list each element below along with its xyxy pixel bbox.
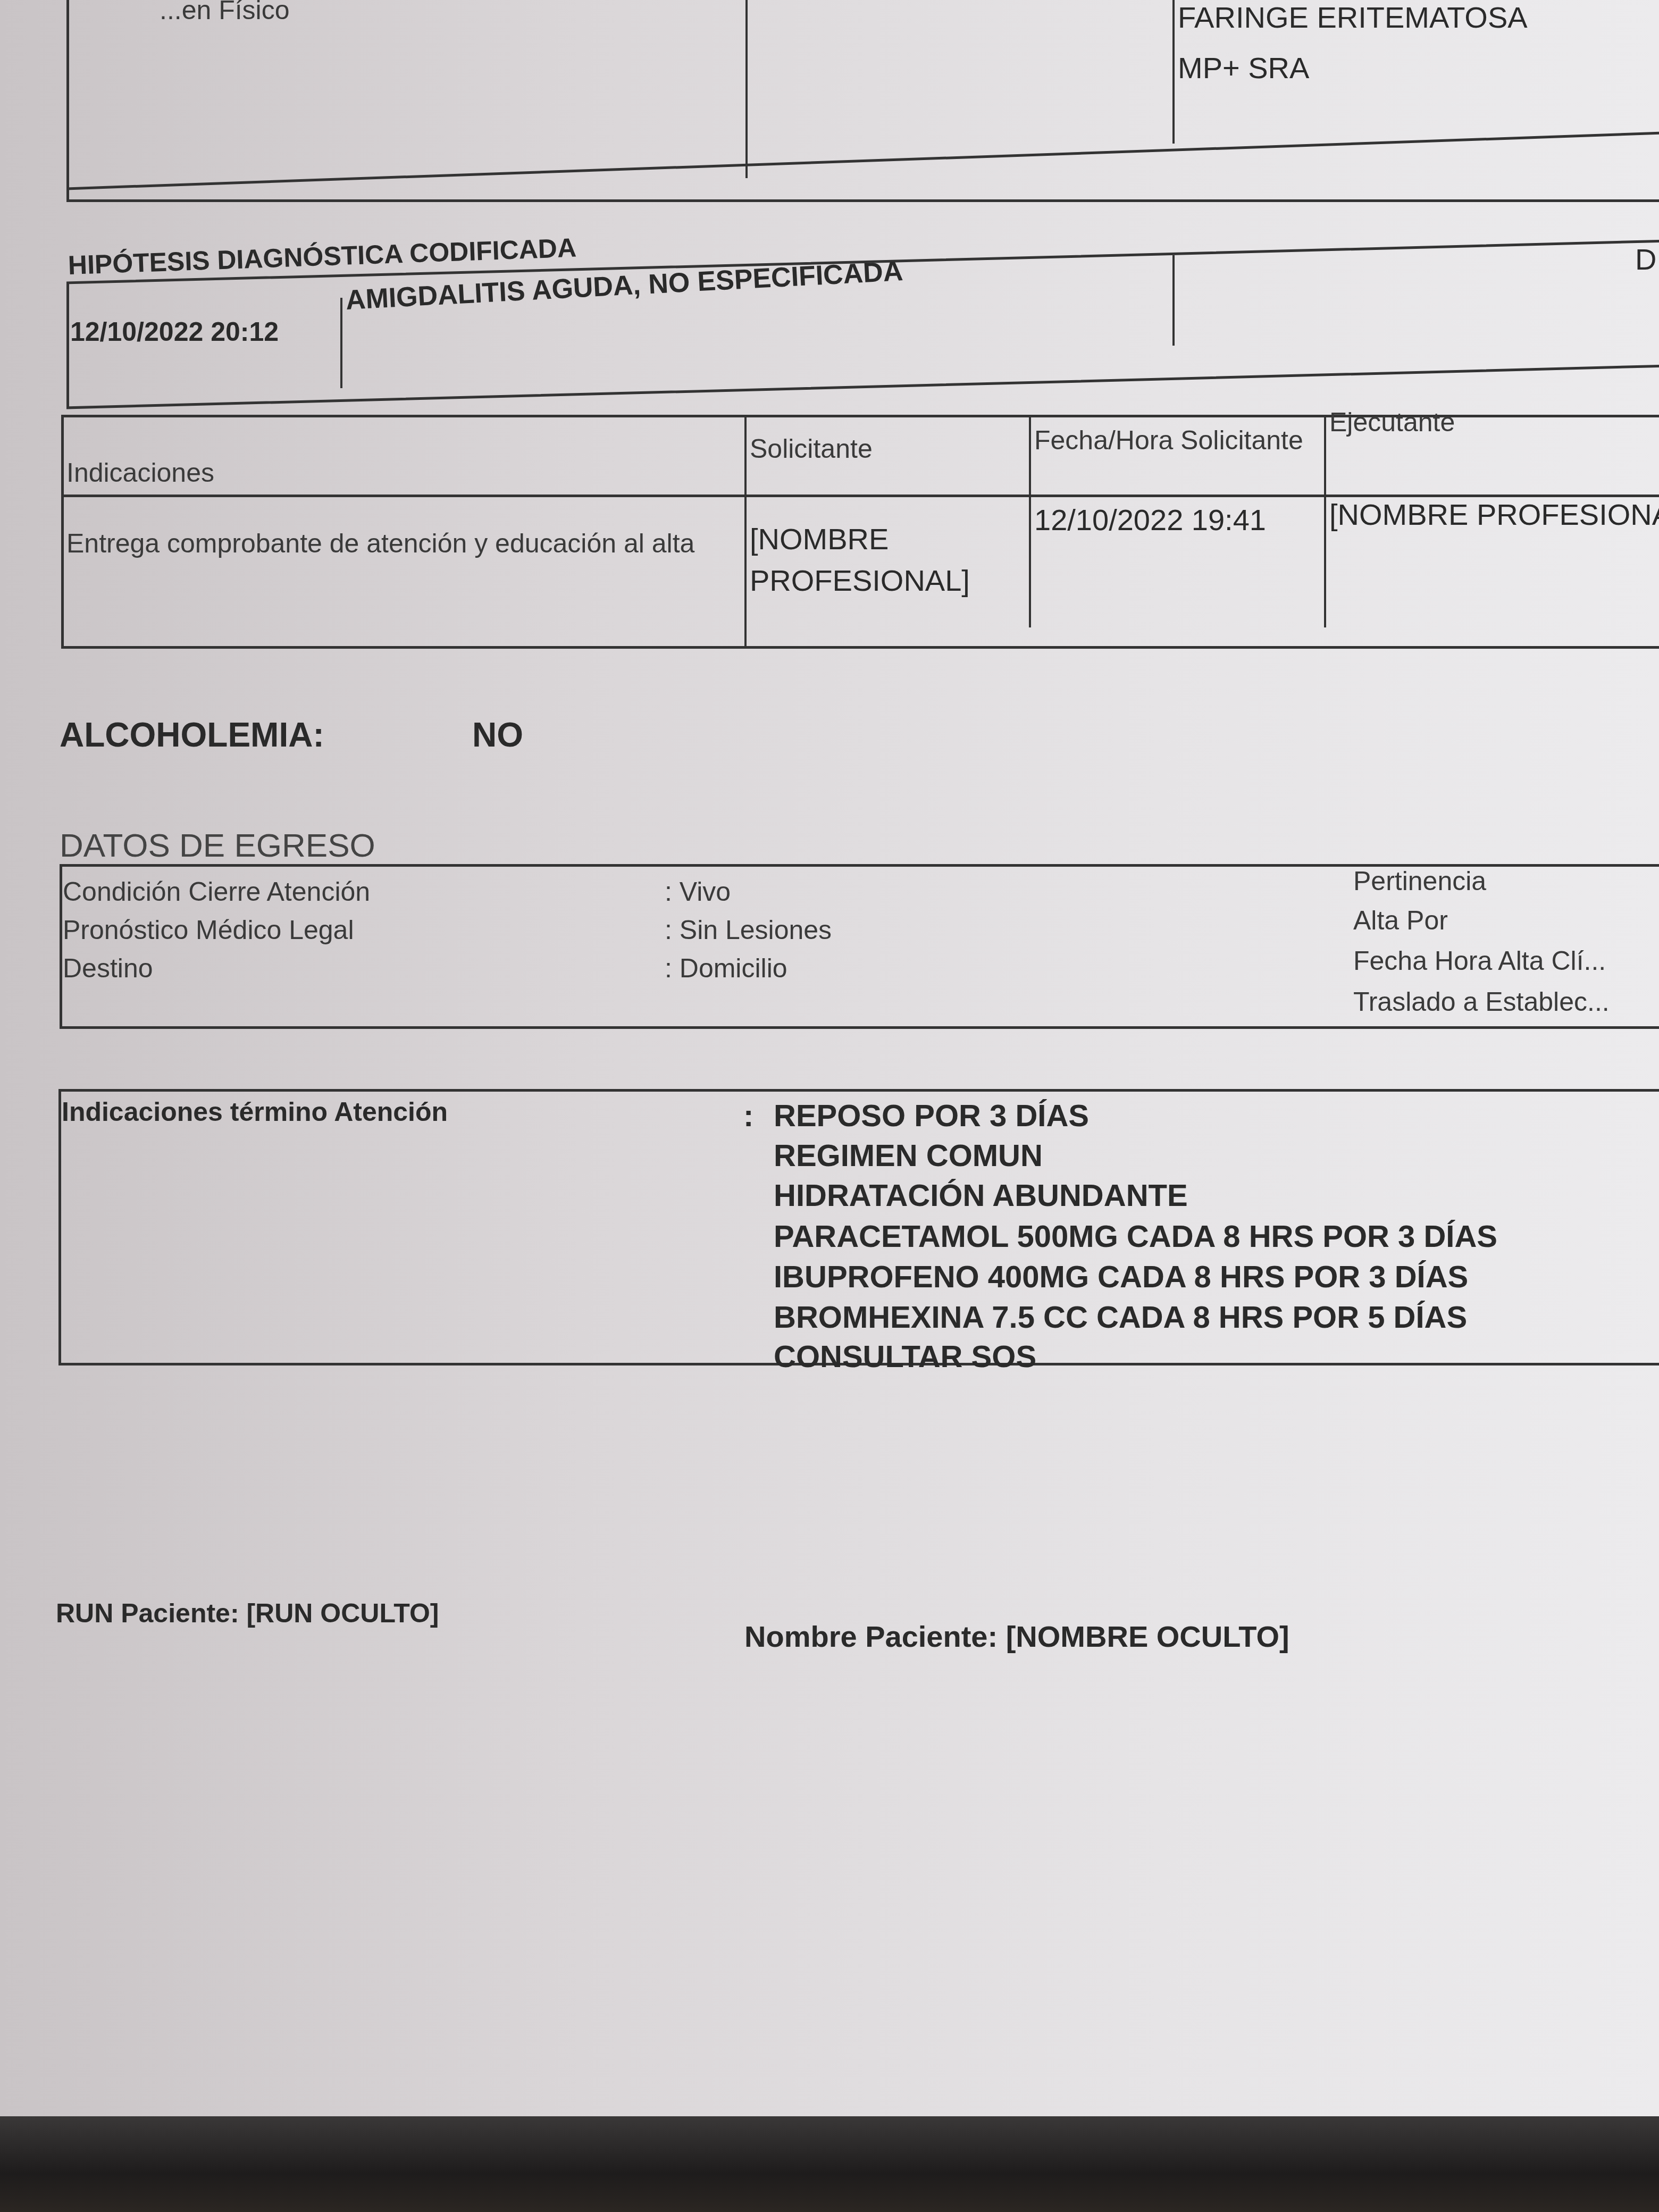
cell-indication: Entrega comprobante de atención y educac… bbox=[66, 524, 726, 564]
instruction-item: PARACETAMOL 500MG CADA 8 HRS POR 3 DÍAS bbox=[774, 1219, 1497, 1254]
exam-finding-2: MP+ SRA bbox=[1178, 51, 1309, 85]
header-executor: Ejecutante bbox=[1329, 407, 1455, 438]
instruction-item: HIDRATACIÓN ABUNDANTE bbox=[774, 1178, 1188, 1213]
run-field: RUN Paciente: [RUN OCULTO] bbox=[56, 1598, 439, 1629]
cell-datetime: 12/10/2022 19:41 bbox=[1034, 502, 1266, 537]
name-value: [NOMBRE OCULTO] bbox=[1006, 1620, 1289, 1653]
discharge-right-1: Alta Por bbox=[1353, 905, 1448, 936]
cell-requester: [NOMBRE PROFESIONAL] bbox=[750, 518, 1021, 601]
discharge-value-1: : Sin Lesiones bbox=[665, 915, 832, 945]
discharge-right-0: Pertinencia bbox=[1353, 866, 1486, 896]
header-requester: Solicitante bbox=[750, 433, 873, 464]
cell-executor: [NOMBRE PROFESIONAL] bbox=[1329, 497, 1659, 532]
instruction-item: CONSULTAR SOS bbox=[774, 1339, 1036, 1375]
discharge-label-0: Condición Cierre Atención bbox=[63, 876, 370, 907]
document-page: ...en Físico FARINGE ERITEMATOSA MP+ SRA… bbox=[0, 0, 1659, 2116]
alcoholemia-value: NO bbox=[472, 715, 523, 755]
name-field: Nombre Paciente: [NOMBRE OCULTO] bbox=[744, 1619, 1289, 1654]
exam-label: ...en Físico bbox=[160, 0, 290, 26]
discharge-value-2: : Domicilio bbox=[665, 953, 787, 984]
discharge-label-1: Pronóstico Médico Legal bbox=[63, 915, 354, 945]
run-value: [RUN OCULTO] bbox=[246, 1598, 439, 1628]
instruction-item: IBUPROFENO 400MG CADA 8 HRS POR 3 DÍAS bbox=[774, 1259, 1468, 1295]
discharge-label-2: Destino bbox=[63, 953, 153, 984]
instruction-item: REPOSO POR 3 DÍAS bbox=[774, 1098, 1089, 1134]
discharge-right-3: Traslado a Establec... bbox=[1353, 986, 1610, 1017]
instruction-item: BROMHEXINA 7.5 CC CADA 8 HRS POR 5 DÍAS bbox=[774, 1300, 1467, 1335]
background-surface bbox=[0, 2116, 1659, 2212]
diagnosis-right-col: D bbox=[1635, 242, 1656, 276]
header-indications: Indicaciones bbox=[66, 457, 214, 488]
discharge-right-2: Fecha Hora Alta Clí... bbox=[1353, 945, 1606, 976]
colon: : bbox=[743, 1098, 753, 1134]
alcoholemia-label: ALCOHOLEMIA: bbox=[60, 715, 324, 755]
discharge-title: DATOS DE EGRESO bbox=[60, 827, 375, 865]
header-datetime: Fecha/Hora Solicitante bbox=[1034, 420, 1311, 460]
discharge-value-0: : Vivo bbox=[665, 876, 731, 907]
exam-finding-1: FARINGE ERITEMATOSA bbox=[1178, 0, 1528, 35]
name-label: Nombre Paciente: bbox=[744, 1620, 998, 1653]
run-label: RUN Paciente: bbox=[56, 1598, 239, 1628]
end-instructions-label: Indicaciones término Atención bbox=[62, 1096, 448, 1127]
instruction-item: REGIMEN COMUN bbox=[774, 1138, 1043, 1174]
diagnosis-datetime: 12/10/2022 20:12 bbox=[70, 316, 279, 347]
